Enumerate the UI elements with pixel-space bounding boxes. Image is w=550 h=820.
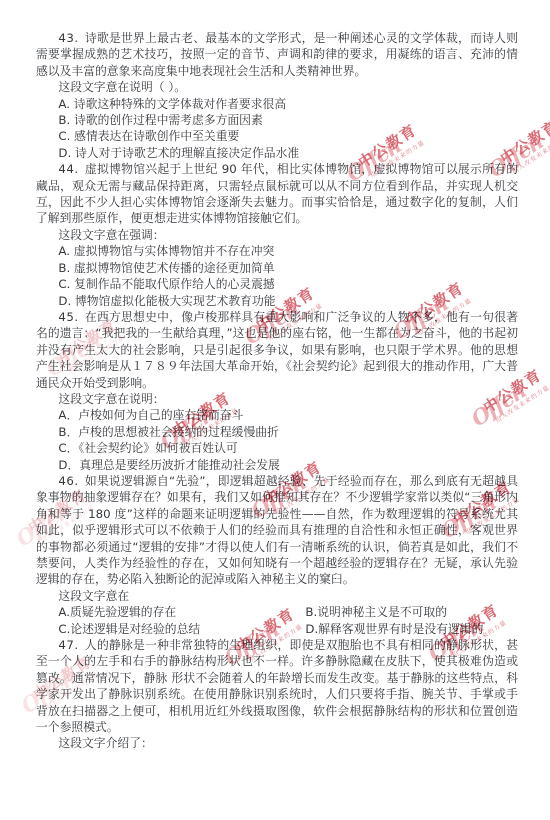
- question-44: 44.虚拟博物馆兴起于上世纪 90 年代，相比实体博物馆，虚拟博物馆可以展示所有…: [36, 161, 518, 309]
- option-b: B. 诗歌的创作过程中需考虑多方面因素: [58, 112, 518, 128]
- option-b: B.说明神秘主义是不可取的: [305, 604, 518, 620]
- options-list: A. 虚拟博物馆与实体博物馆并不存在冲突 B. 虚拟博物馆使艺术传播的途径更加简…: [36, 243, 518, 309]
- option-a: A. 诗歌这种特殊的文学体裁对作者要求很高: [58, 96, 518, 112]
- options-list: A. 诗歌这种特殊的文学体裁对作者要求很高 B. 诗歌的创作过程中需考虑多方面因…: [36, 96, 518, 162]
- option-c: C．《社会契约论》如何被百姓认可: [58, 440, 518, 456]
- options-list: A.质疑先验逻辑的存在 B.说明神秘主义是不可取的 C.论述逻辑是对经验的总结 …: [36, 604, 518, 637]
- question-number: 43.: [58, 31, 78, 45]
- question-number: 47.: [58, 638, 78, 652]
- question-prompt: 这段文字介绍了：: [36, 735, 518, 751]
- question-passage: 44.虚拟博物馆兴起于上世纪 90 年代，相比实体博物馆，虚拟博物馆可以展示所有…: [36, 161, 518, 227]
- passage-text: 在西方思想史中，像卢梭那样具有重大影响和广泛争议的人物不多，他有一句很著名的遗言…: [36, 310, 518, 390]
- passage-text: 人的静脉是一种非常独特的生理组织，即使是双胞胎也不具有相同的静脉形状，甚至一个人…: [36, 638, 518, 734]
- question-prompt: 这段文字意在: [36, 588, 518, 604]
- scanned-exam-page: 43.诗歌是世界上最古老、最基本的文学形式，是一种阐述心灵的文学体裁，而诗人则需…: [0, 0, 550, 820]
- question-prompt: 这段文字意在强调：: [36, 227, 518, 243]
- question-46: 46.如果说逻辑源自“先验”，即逻辑超越经验、先于经验而存在，那么到底有无超越具…: [36, 473, 518, 637]
- option-d: D．真理总是要经历波折才能推动社会发展: [58, 457, 518, 473]
- option-b: B. 虚拟博物馆使艺术传播的途径更加简单: [58, 260, 518, 276]
- question-45: 45.在西方思想史中，像卢梭那样具有重大影响和广泛争议的人物不多，他有一句很著名…: [36, 309, 518, 473]
- options-list: A．卢梭如何为自己的座右铭而奋斗 B．卢梭的思想被社会接纳的过程缓慢曲折 C．《…: [36, 407, 518, 473]
- question-prompt: 这段文字意在说明：: [36, 391, 518, 407]
- passage-text: 虚拟博物馆兴起于上世纪 90 年代，相比实体博物馆，虚拟博物馆可以展示所有的藏品…: [36, 162, 518, 225]
- option-b: B．卢梭的思想被社会接纳的过程缓慢曲折: [58, 424, 518, 440]
- option-d: D. 诗人对于诗歌艺术的理解直接决定作品水准: [58, 145, 518, 161]
- question-number: 44.: [58, 162, 78, 176]
- option-c: C. 复制作品不能取代原作给人的心灵震撼: [58, 276, 518, 292]
- question-47: 47.人的静脉是一种非常独特的生理组织，即使是双胞胎也不具有相同的静脉形状，甚至…: [36, 637, 518, 752]
- option-c: C.论述逻辑是对经验的总结: [58, 621, 305, 637]
- question-prompt: 这段文字意在说明（ ）。: [36, 79, 518, 95]
- option-a: A. 虚拟博物馆与实体博物馆并不存在冲突: [58, 243, 518, 259]
- question-number: 46.: [58, 474, 78, 488]
- question-passage: 46.如果说逻辑源自“先验”，即逻辑超越经验、先于经验而存在，那么到底有无超越具…: [36, 473, 518, 588]
- question-passage: 45.在西方思想史中，像卢梭那样具有重大影响和广泛争议的人物不多，他有一句很著名…: [36, 309, 518, 391]
- passage-text: 如果说逻辑源自“先验”，即逻辑超越经验、先于经验而存在，那么到底有无超越具象事物…: [36, 474, 518, 586]
- option-c: C. 感情表达在诗歌创作中至关重要: [58, 128, 518, 144]
- exam-content: 43.诗歌是世界上最古老、最基本的文学形式，是一种阐述心灵的文学体裁，而诗人则需…: [36, 30, 518, 752]
- question-number: 45.: [58, 310, 78, 324]
- passage-text: 诗歌是世界上最古老、最基本的文学形式，是一种阐述心灵的文学体裁，而诗人则需要掌握…: [36, 31, 518, 78]
- question-passage: 43.诗歌是世界上最古老、最基本的文学形式，是一种阐述心灵的文学体裁，而诗人则需…: [36, 30, 518, 79]
- question-43: 43.诗歌是世界上最古老、最基本的文学形式，是一种阐述心灵的文学体裁，而诗人则需…: [36, 30, 518, 161]
- question-passage: 47.人的静脉是一种非常独特的生理组织，即使是双胞胎也不具有相同的静脉形状，甚至…: [36, 637, 518, 735]
- option-d: D. 博物馆虚拟化能极大实现艺术教育功能: [58, 293, 518, 309]
- option-a: A．卢梭如何为自己的座右铭而奋斗: [58, 407, 518, 423]
- option-d: D.解释客观世界有时是没有逻辑的: [305, 621, 518, 637]
- option-a: A.质疑先验逻辑的存在: [58, 604, 305, 620]
